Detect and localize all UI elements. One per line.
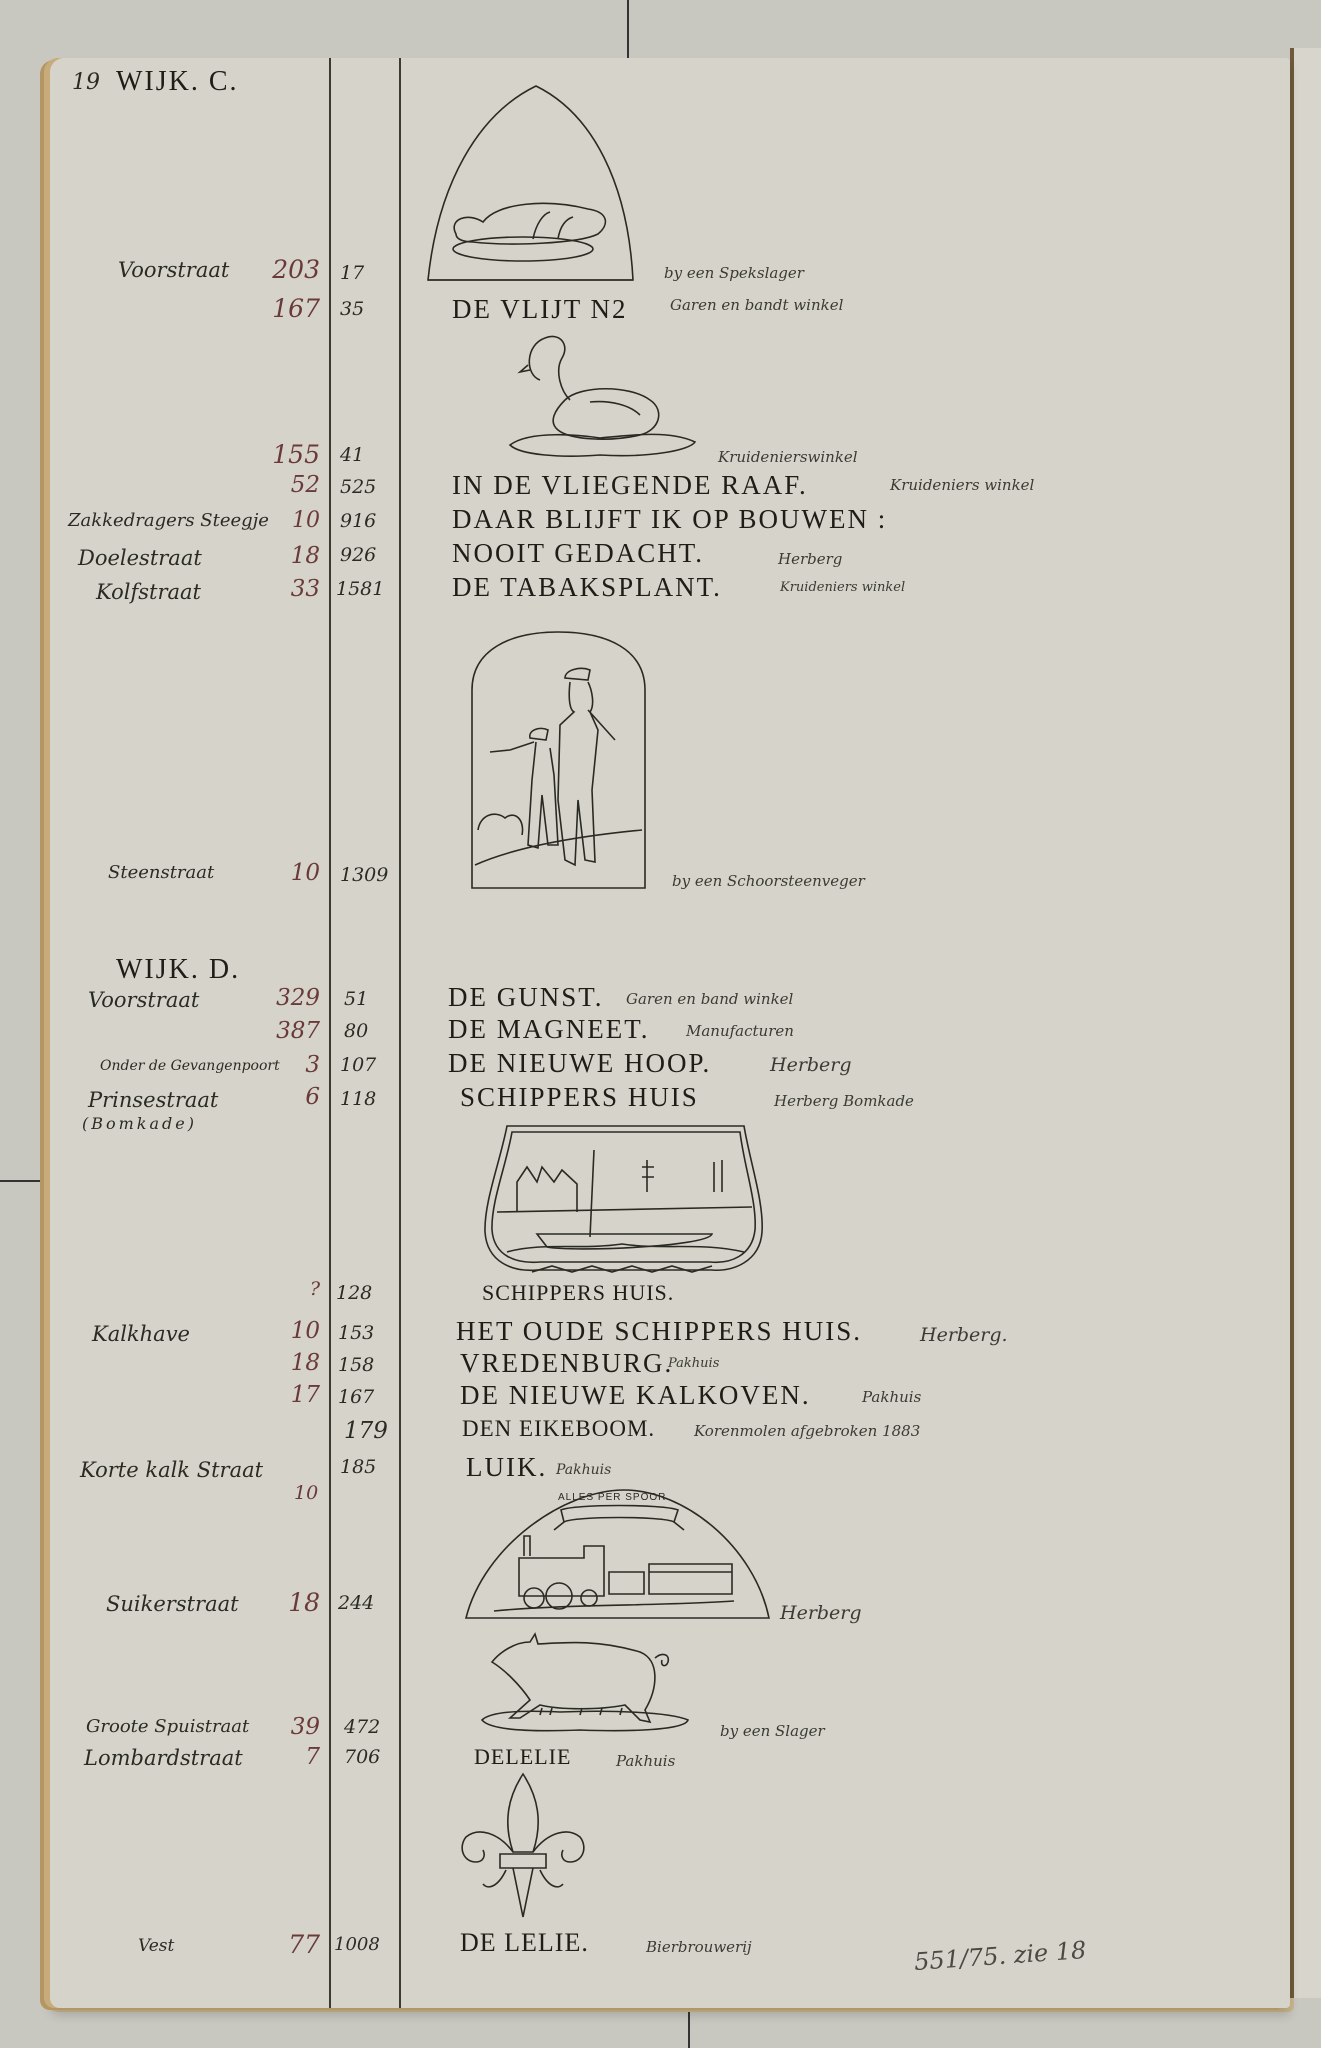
occupation-note: Herberg xyxy=(778,550,842,568)
sign-name: SCHIPPERS HUIS xyxy=(460,1082,699,1113)
sign-name: DELELIE xyxy=(474,1744,571,1770)
register-number-cell: 41 xyxy=(340,444,364,466)
register-number-cell: 51 xyxy=(344,988,368,1010)
background-line xyxy=(0,1180,50,1182)
pig-illustration xyxy=(480,1630,695,1735)
register-number-cell: 118 xyxy=(340,1088,376,1110)
street-cell: Korte kalk Straat xyxy=(80,1458,263,1482)
occupation-note: by een Slager xyxy=(720,1722,825,1740)
sign-name: HET OUDE SCHIPPERS HUIS. xyxy=(456,1316,862,1347)
occupation-note: Pakhuis xyxy=(556,1462,611,1478)
hunter-and-boy-illustration xyxy=(470,630,650,890)
occupation-note: Pakhuis xyxy=(862,1388,921,1406)
occupation-note: by een Spekslager xyxy=(664,264,804,282)
occupation-note: Herberg. xyxy=(920,1324,1008,1346)
occupation-note: Herberg Bomkade xyxy=(774,1092,914,1110)
occupation-note: Garen en band winkel xyxy=(626,990,793,1008)
register-number-cell: 244 xyxy=(338,1592,374,1614)
house-number-cell: 10 xyxy=(250,860,320,886)
sign-name: DE NIEUWE KALKOVEN. xyxy=(460,1380,811,1411)
street-cell: Voorstraat xyxy=(118,258,229,282)
register-number-cell: 472 xyxy=(344,1716,380,1738)
occupation-note: Manufacturen xyxy=(686,1022,794,1040)
house-number-cell: ? xyxy=(250,1278,320,1300)
column-rule xyxy=(399,58,401,2008)
sign-name: IN DE VLIEGENDE RAAF. xyxy=(452,470,808,501)
page-number: 19 xyxy=(72,70,100,95)
house-number-cell: 39 xyxy=(250,1714,320,1740)
house-number-cell: 167 xyxy=(250,294,320,323)
register-number-cell: 1581 xyxy=(336,578,384,600)
house-number-cell: 18 xyxy=(250,543,320,569)
meat-on-plate-illustration xyxy=(428,84,638,284)
register-number-cell: 80 xyxy=(344,1020,368,1042)
occupation-note: Korenmolen afgebroken 1883 xyxy=(694,1422,920,1440)
street-cell: Kolfstraat xyxy=(96,580,201,604)
house-number-cell: 329 xyxy=(250,985,320,1011)
street-cell: Prinsestraat xyxy=(88,1088,218,1112)
register-number-cell: 1008 xyxy=(334,1934,380,1955)
occupation-note: Kruideniers winkel xyxy=(890,476,1034,494)
house-number-cell: 7 xyxy=(250,1744,320,1770)
occupation-note: Kruidenierswinkel xyxy=(718,448,858,466)
house-number-cell: 10 xyxy=(294,1482,318,1504)
sign-name: NOOIT GEDACHT. xyxy=(452,538,704,569)
street-cell: Voorstraat xyxy=(88,988,199,1012)
occupation-note: by een Schoorsteenveger xyxy=(672,872,865,890)
house-number-cell: 52 xyxy=(250,472,320,498)
street-cell: Kalkhave xyxy=(92,1322,190,1346)
house-number-cell: 77 xyxy=(250,1930,320,1959)
register-number-cell: 167 xyxy=(338,1386,374,1408)
facing-page-edge xyxy=(1290,48,1321,1998)
column-rule xyxy=(329,58,331,2008)
street-cell: Lombardstraat xyxy=(84,1746,243,1770)
register-number-cell: 107 xyxy=(340,1054,376,1076)
background-line xyxy=(688,2010,690,2048)
sign-name: DAAR BLIJFT IK OP BOUWEN : xyxy=(452,504,887,535)
occupation-note: Pakhuis xyxy=(616,1752,675,1770)
register-number-cell: 706 xyxy=(344,1746,380,1768)
register-number-cell: 1309 xyxy=(340,864,388,886)
train-illustration xyxy=(464,1486,774,1621)
sign-name: DEN EIKEBOOM. xyxy=(462,1416,655,1442)
occupation-note: Bierbrouwerij xyxy=(646,1938,752,1956)
register-number-cell: 35 xyxy=(340,298,364,320)
sign-name: SCHIPPERS HUIS. xyxy=(482,1280,674,1306)
sign-name: DE TABAKSPLANT. xyxy=(452,572,722,603)
occupation-note: Pakhuis xyxy=(668,1356,719,1371)
street-cell: Steenstraat xyxy=(108,862,214,883)
register-number-cell: 179 xyxy=(344,1418,388,1444)
background-line xyxy=(627,0,629,58)
register-number-cell: 926 xyxy=(340,544,376,566)
house-number-cell: 33 xyxy=(250,576,320,602)
register-number-cell: 916 xyxy=(340,510,376,532)
house-number-cell: 18 xyxy=(250,1588,320,1617)
house-number-cell: 10 xyxy=(250,508,320,533)
street-cell: Doelestraat xyxy=(78,546,202,570)
register-number-cell: 158 xyxy=(338,1354,374,1376)
occupation-note: Kruideniers winkel xyxy=(780,580,905,595)
occupation-note: Herberg xyxy=(780,1602,862,1624)
sign-name: DE GUNST. xyxy=(448,982,604,1013)
sign-name: DE VLIJT N2 xyxy=(452,294,628,325)
street-cell: Vest xyxy=(138,1936,174,1956)
register-number-cell: 153 xyxy=(338,1322,374,1344)
street-cell: Zakkedragers Steegje xyxy=(68,510,269,531)
house-number-cell: 6 xyxy=(250,1084,320,1110)
swan-illustration xyxy=(500,330,700,465)
sign-name: DE NIEUWE HOOP. xyxy=(448,1048,711,1079)
street-cell: Suikerstraat xyxy=(106,1592,239,1616)
register-number-cell: 128 xyxy=(336,1282,372,1304)
register-number-cell: 525 xyxy=(340,476,376,498)
sign-name: DE LELIE. xyxy=(460,1928,589,1958)
house-number-cell: 17 xyxy=(250,1382,320,1408)
street-sub-cell: (Bomkade) xyxy=(82,1114,197,1133)
house-number-cell: 10 xyxy=(250,1318,320,1344)
street-cell: Groote Spuistraat xyxy=(86,1716,249,1737)
house-number-cell: 203 xyxy=(250,255,320,284)
train-banner-text: ALLES PER SPOOR xyxy=(558,1492,666,1503)
section-heading-wijk-d: WIJK. D. xyxy=(116,954,240,986)
register-number-cell: 17 xyxy=(340,262,364,284)
house-number-cell: 155 xyxy=(250,440,320,469)
occupation-note: Herberg xyxy=(770,1054,852,1076)
house-number-cell: 387 xyxy=(250,1018,320,1044)
house-number-cell: 18 xyxy=(250,1350,320,1376)
occupation-note: Garen en bandt winkel xyxy=(670,296,843,314)
register-number-cell: 185 xyxy=(340,1456,376,1478)
sign-name: DE MAGNEET. xyxy=(448,1014,649,1045)
house-number-cell: 3 xyxy=(250,1052,320,1078)
ship-shield-illustration xyxy=(482,1122,772,1282)
section-heading-wijk-c: WIJK. C. xyxy=(116,66,239,98)
fleur-de-lis-illustration xyxy=(458,1772,588,1922)
sign-name: LUIK. xyxy=(466,1452,547,1483)
sign-name: VREDENBURG. xyxy=(460,1348,673,1379)
